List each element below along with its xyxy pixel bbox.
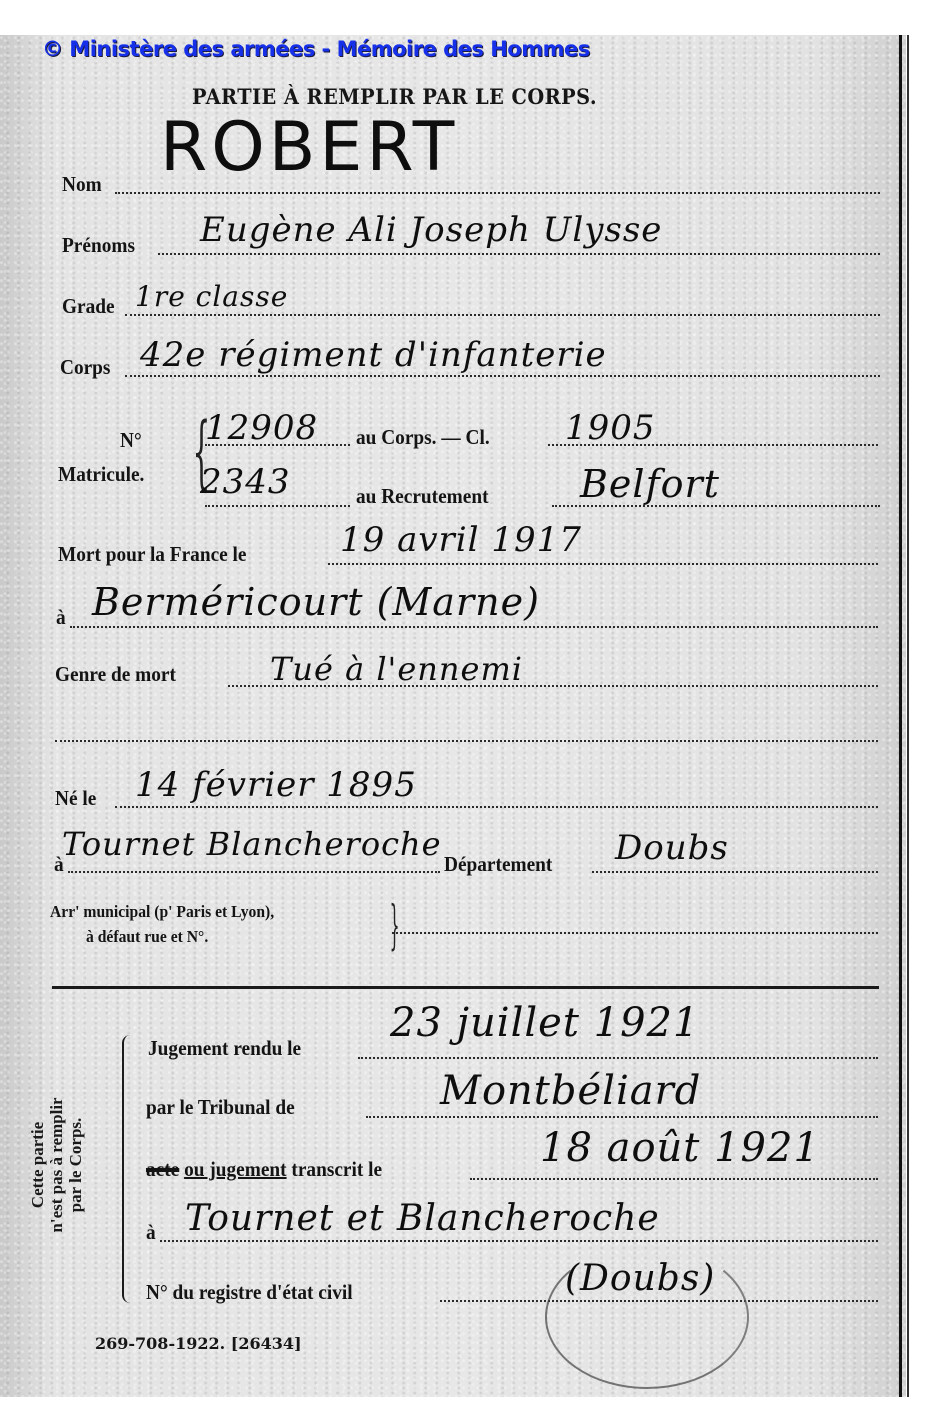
lieu-transcription-value: Tournet et Blancheroche (185, 1198, 660, 1239)
corps-number-value: 12908 (205, 408, 318, 448)
nom-value: ROBERT (160, 108, 458, 187)
prenoms-label: Prénoms (62, 233, 135, 258)
transcrit-label-rest: transcrit le (291, 1157, 382, 1181)
transcrit-leader (470, 1178, 878, 1180)
tribunal-label: par le Tribunal de (146, 1095, 295, 1120)
prenoms-leader (158, 253, 880, 255)
naissance-leader (115, 806, 878, 808)
form-heading: PARTIE À REMPLIR PAR LE CORPS. (192, 84, 597, 109)
handwritten-circle-mark (545, 1245, 749, 1389)
matricule-label-line2: Matricule. (58, 462, 144, 487)
departement-label: Département (444, 852, 552, 877)
tribunal-leader (366, 1116, 878, 1118)
mort-value: 19 avril 1917 (340, 520, 582, 560)
matricule-label-line1: N° (120, 428, 142, 453)
departement-leader (592, 871, 878, 873)
prenoms-value: Eugène Ali Joseph Ulysse (200, 210, 662, 250)
lieu-mort-value: Berméricourt (Marne) (92, 580, 540, 624)
recrutement-value: Belfort (580, 462, 720, 506)
recrutement-number-leader (205, 505, 350, 507)
jugement-rendu-leader (358, 1057, 878, 1059)
mort-leader (328, 563, 878, 565)
classe-value: 1905 (565, 408, 656, 448)
right-border-line-outer (907, 35, 909, 1397)
registre-label: N° du registre d'état civil (146, 1280, 353, 1305)
nom-label: Nom (62, 172, 102, 197)
transcrit-underlined-words: ou jugement (184, 1157, 287, 1181)
transcrit-label: acte ou jugement transcrit le (146, 1157, 382, 1182)
side-note-line3: par le Corps. (66, 1085, 85, 1245)
arrondissement-label-line2: à défaut rue et N°. (86, 927, 208, 947)
lieu-naissance-value: Tournet Blancheroche (62, 825, 442, 863)
genre-mort-value: Tué à l'ennemi (270, 650, 523, 688)
recrutement-number-value: 2343 (200, 462, 291, 502)
grade-leader (125, 314, 880, 316)
mort-label: Mort pour la France le (58, 542, 247, 567)
arrondissement-brace: } (390, 900, 400, 952)
side-note-line2: n'est pas à remplir (47, 1085, 66, 1245)
jugement-rendu-value: 23 juillet 1921 (390, 1000, 699, 1046)
corps-label: Corps (60, 355, 110, 380)
lieu-transcription-leader (160, 1240, 878, 1242)
arrondissement-leader (392, 932, 878, 934)
arrondissement-label-line1: Arr' municipal (p' Paris et Lyon), (50, 902, 274, 922)
nom-leader (115, 192, 880, 194)
transcrit-value: 18 août 1921 (540, 1125, 820, 1171)
naissance-value: 14 février 1895 (135, 765, 417, 805)
grade-label: Grade (62, 294, 115, 319)
jugement-brace (122, 1035, 132, 1303)
side-note-line1: Cette partie (28, 1085, 47, 1245)
lieu-mort-leader (70, 626, 878, 628)
naissance-label: Né le (55, 786, 96, 811)
corps-leader (125, 375, 880, 377)
genre-mort-label: Genre de mort (55, 662, 176, 687)
transcrit-struck-word: acte (146, 1157, 179, 1181)
corps-number-label: au Corps. — Cl. (356, 425, 490, 450)
lieu-mort-label: à (56, 605, 66, 630)
copyright-watermark: © Ministère des armées - Mémoire des Hom… (42, 37, 590, 61)
print-reference: 269-708-1922. [26434] (95, 1334, 302, 1353)
blank-leader (55, 740, 878, 742)
recrutement-label: au Recrutement (356, 484, 489, 509)
grade-value: 1re classe (135, 280, 288, 313)
departement-value: Doubs (615, 828, 729, 868)
right-border-line (899, 35, 902, 1397)
corps-value: 42e régiment d'infanterie (140, 335, 607, 375)
lieu-naissance-leader (68, 871, 440, 873)
section-separator (52, 986, 879, 989)
lieu-transcription-label: à (146, 1220, 156, 1245)
jugement-rendu-label: Jugement rendu le (148, 1036, 301, 1061)
jugement-side-note: Cette partie n'est pas à remplir par le … (28, 1085, 85, 1245)
tribunal-value: Montbéliard (440, 1068, 701, 1114)
